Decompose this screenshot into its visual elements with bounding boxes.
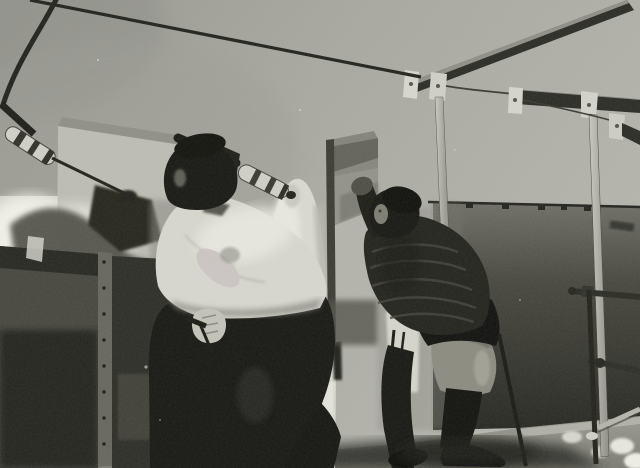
photo-frame [0, 0, 640, 468]
photo [0, 0, 640, 468]
film-grain [0, 0, 640, 468]
